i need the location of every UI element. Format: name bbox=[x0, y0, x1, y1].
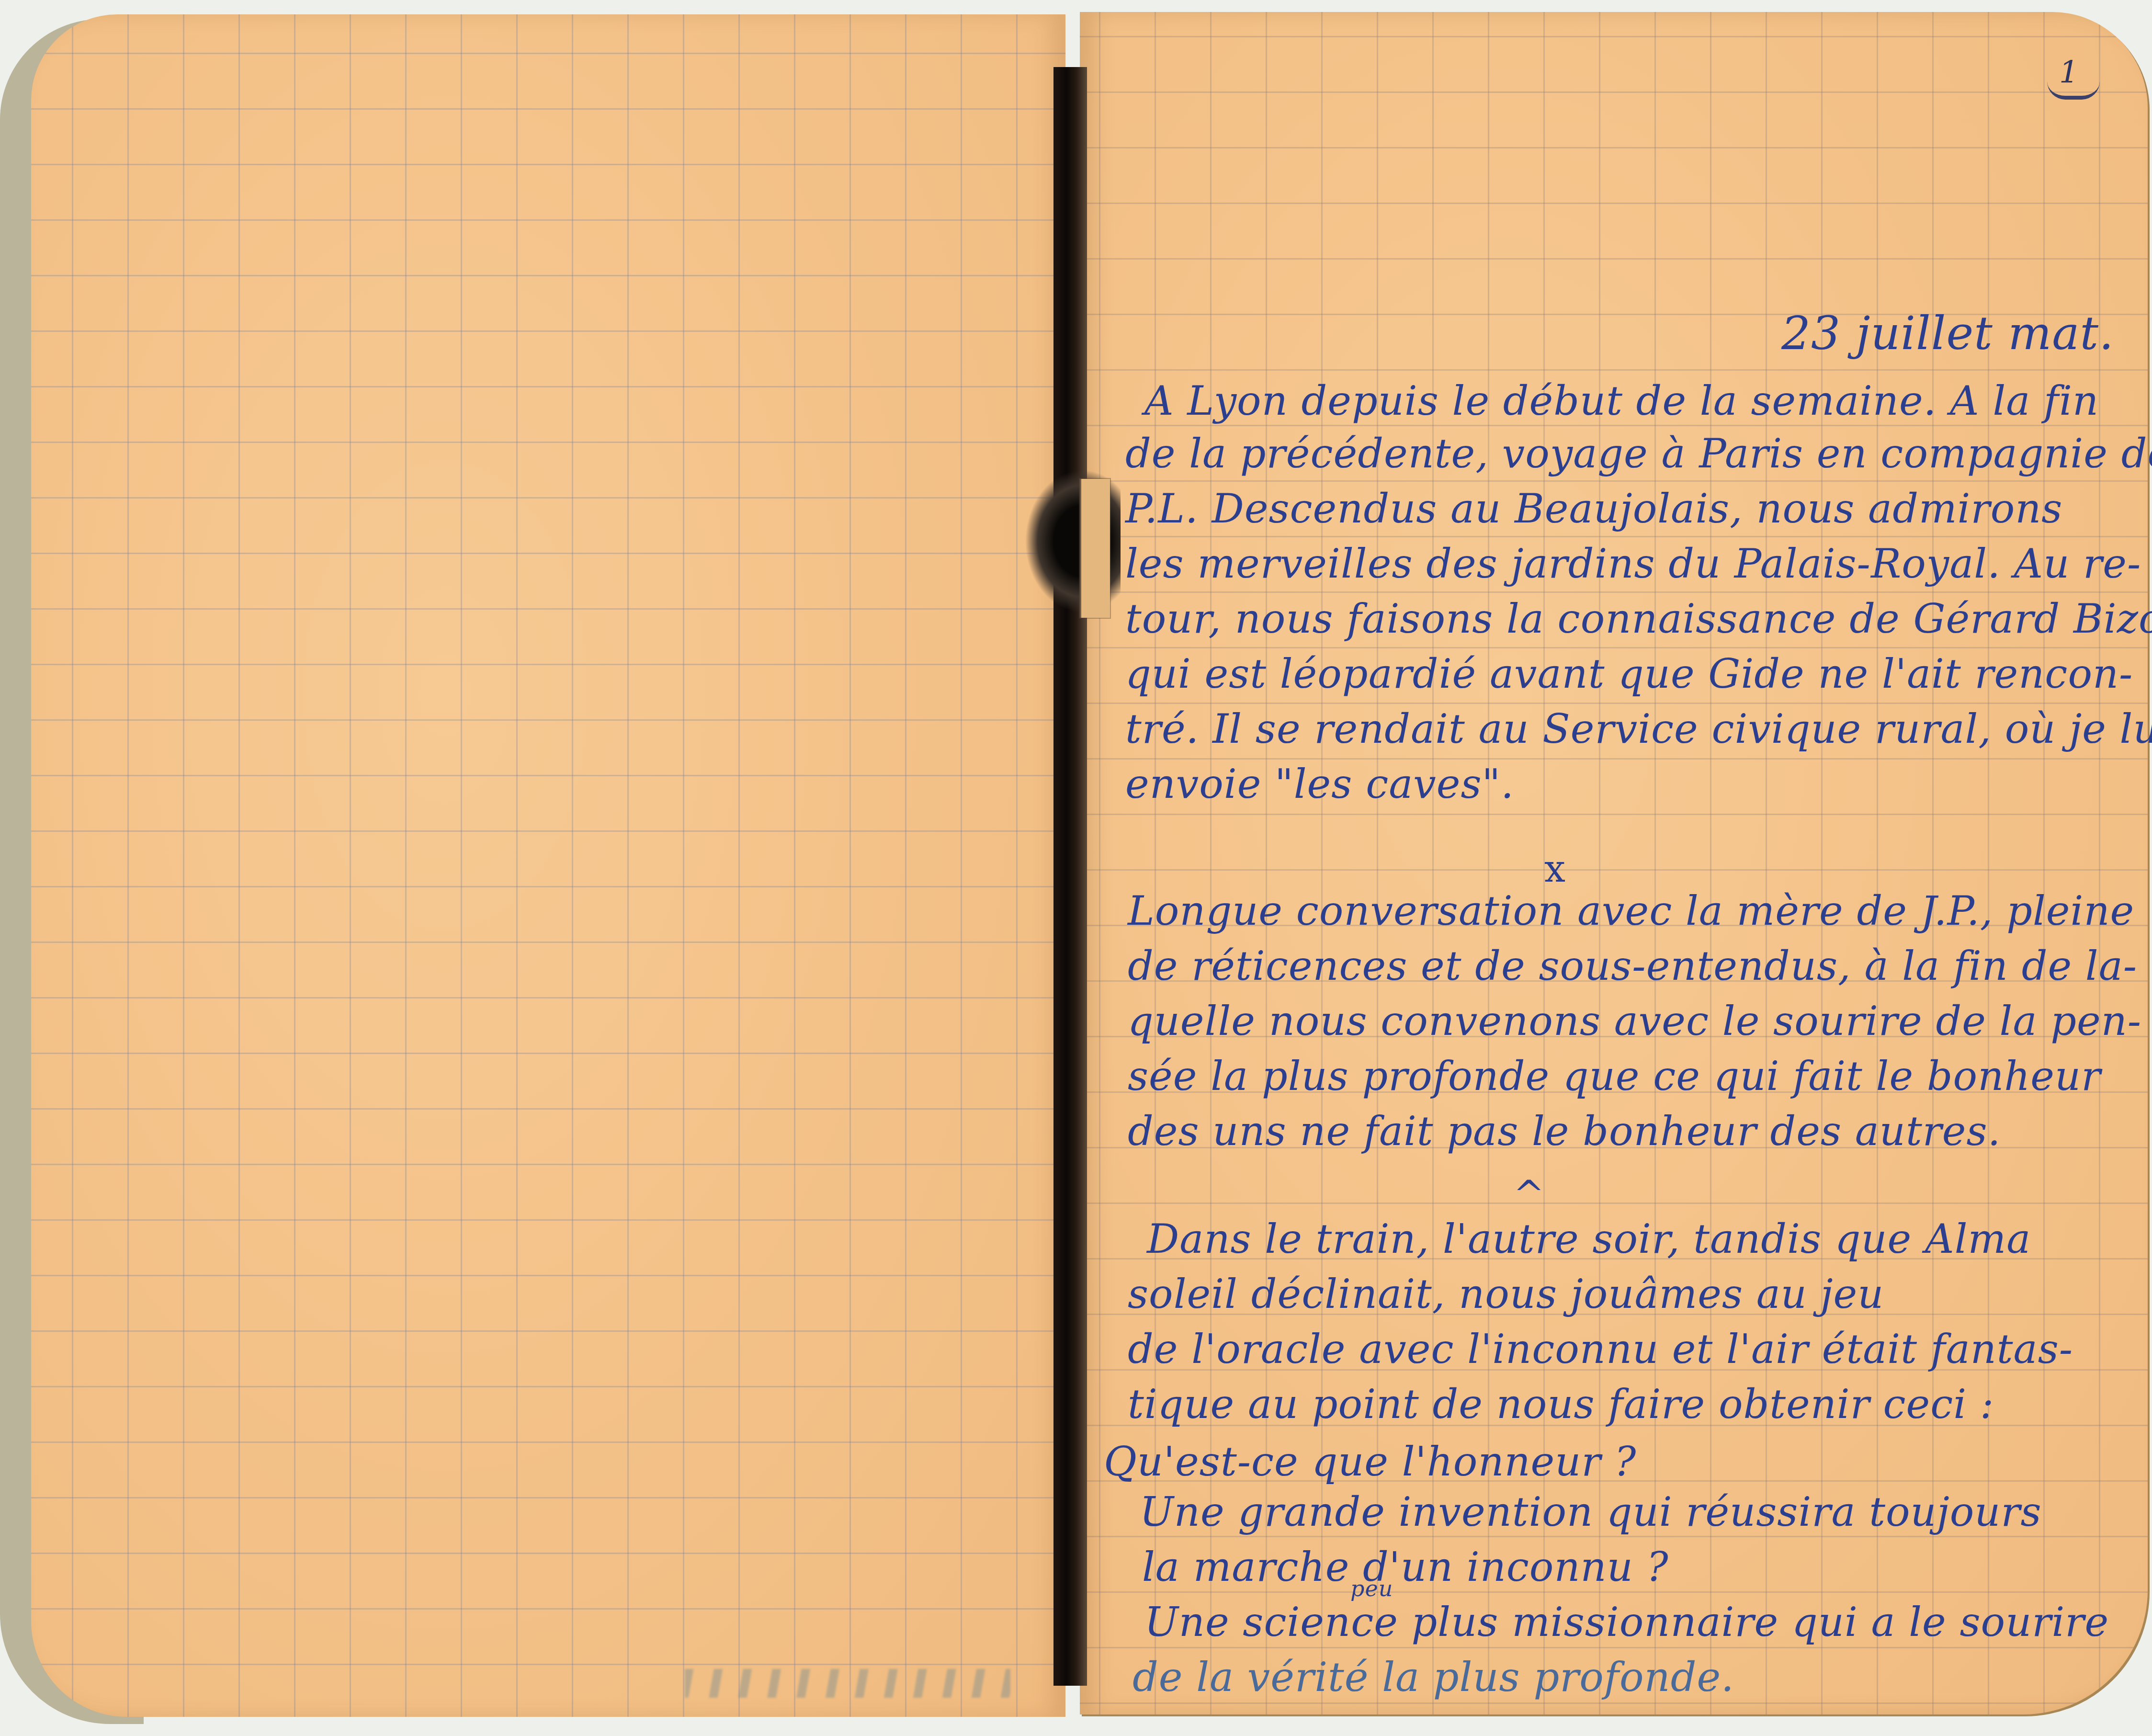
entry-line: des uns ne fait pas le bonheur des autre… bbox=[1128, 1111, 2001, 1151]
notebook-spine bbox=[1053, 67, 1087, 1686]
entry-line: tique au point de nous faire obtenir cec… bbox=[1128, 1384, 1994, 1424]
section-separator-caret: ^ bbox=[1513, 1173, 1545, 1216]
ink-offset-stain bbox=[685, 1669, 1010, 1698]
entry-line: Longue conversation avec la mère de J.P.… bbox=[1128, 891, 2134, 931]
entry-line: Une grande invention qui réussira toujou… bbox=[1140, 1492, 2042, 1532]
entry-line: tour, nous faisons la connaissance de Gé… bbox=[1125, 599, 2152, 639]
entry-line: de réticences et de sous-entendus, à la … bbox=[1128, 946, 2137, 986]
correction-inserted-word: peu bbox=[1350, 1576, 1393, 1601]
entry-line: de la précédente, voyage à Paris en comp… bbox=[1125, 433, 2152, 474]
date-heading: 23 juillet mat. bbox=[1781, 306, 2114, 360]
left-page-blank-grid bbox=[31, 14, 1065, 1717]
entry-line: envoie "les caves". bbox=[1125, 764, 1514, 804]
entry-line-question: Qu'est-ce que l'honneur ? bbox=[1104, 1441, 1636, 1482]
spine-repair-strip bbox=[1080, 479, 1110, 618]
entry-line: soleil déclinait, nous jouâmes au jeu bbox=[1128, 1274, 1884, 1314]
entry-line: qui est léopardié avant que Gide ne l'ai… bbox=[1125, 654, 2133, 694]
entry-line: P.L. Descendus au Beaujolais, nous admir… bbox=[1125, 488, 2062, 529]
entry-line: quelle nous convenons avec le sourire de… bbox=[1128, 1001, 2141, 1041]
entry-line: sée la plus profonde que ce qui fait le … bbox=[1128, 1056, 2101, 1096]
entry-line: A Lyon depuis le début de la semaine. A … bbox=[1144, 381, 2099, 421]
entry-line: les merveilles des jardins du Palais-Roy… bbox=[1125, 544, 2141, 584]
entry-line: Dans le train, l'autre soir, tandis que … bbox=[1147, 1219, 2031, 1259]
section-separator-x: x bbox=[1544, 848, 1566, 891]
entry-line-faded: de la vérité la plus profonde. bbox=[1133, 1657, 1734, 1697]
entry-line: la marche d'un inconnu ? bbox=[1142, 1547, 1668, 1587]
entry-line: de l'oracle avec l'inconnu et l'air étai… bbox=[1128, 1329, 2073, 1369]
entry-line: Une science plus missionnaire qui a le s… bbox=[1144, 1602, 2109, 1642]
entry-line: tré. Il se rendait au Service civique ru… bbox=[1125, 709, 2152, 749]
